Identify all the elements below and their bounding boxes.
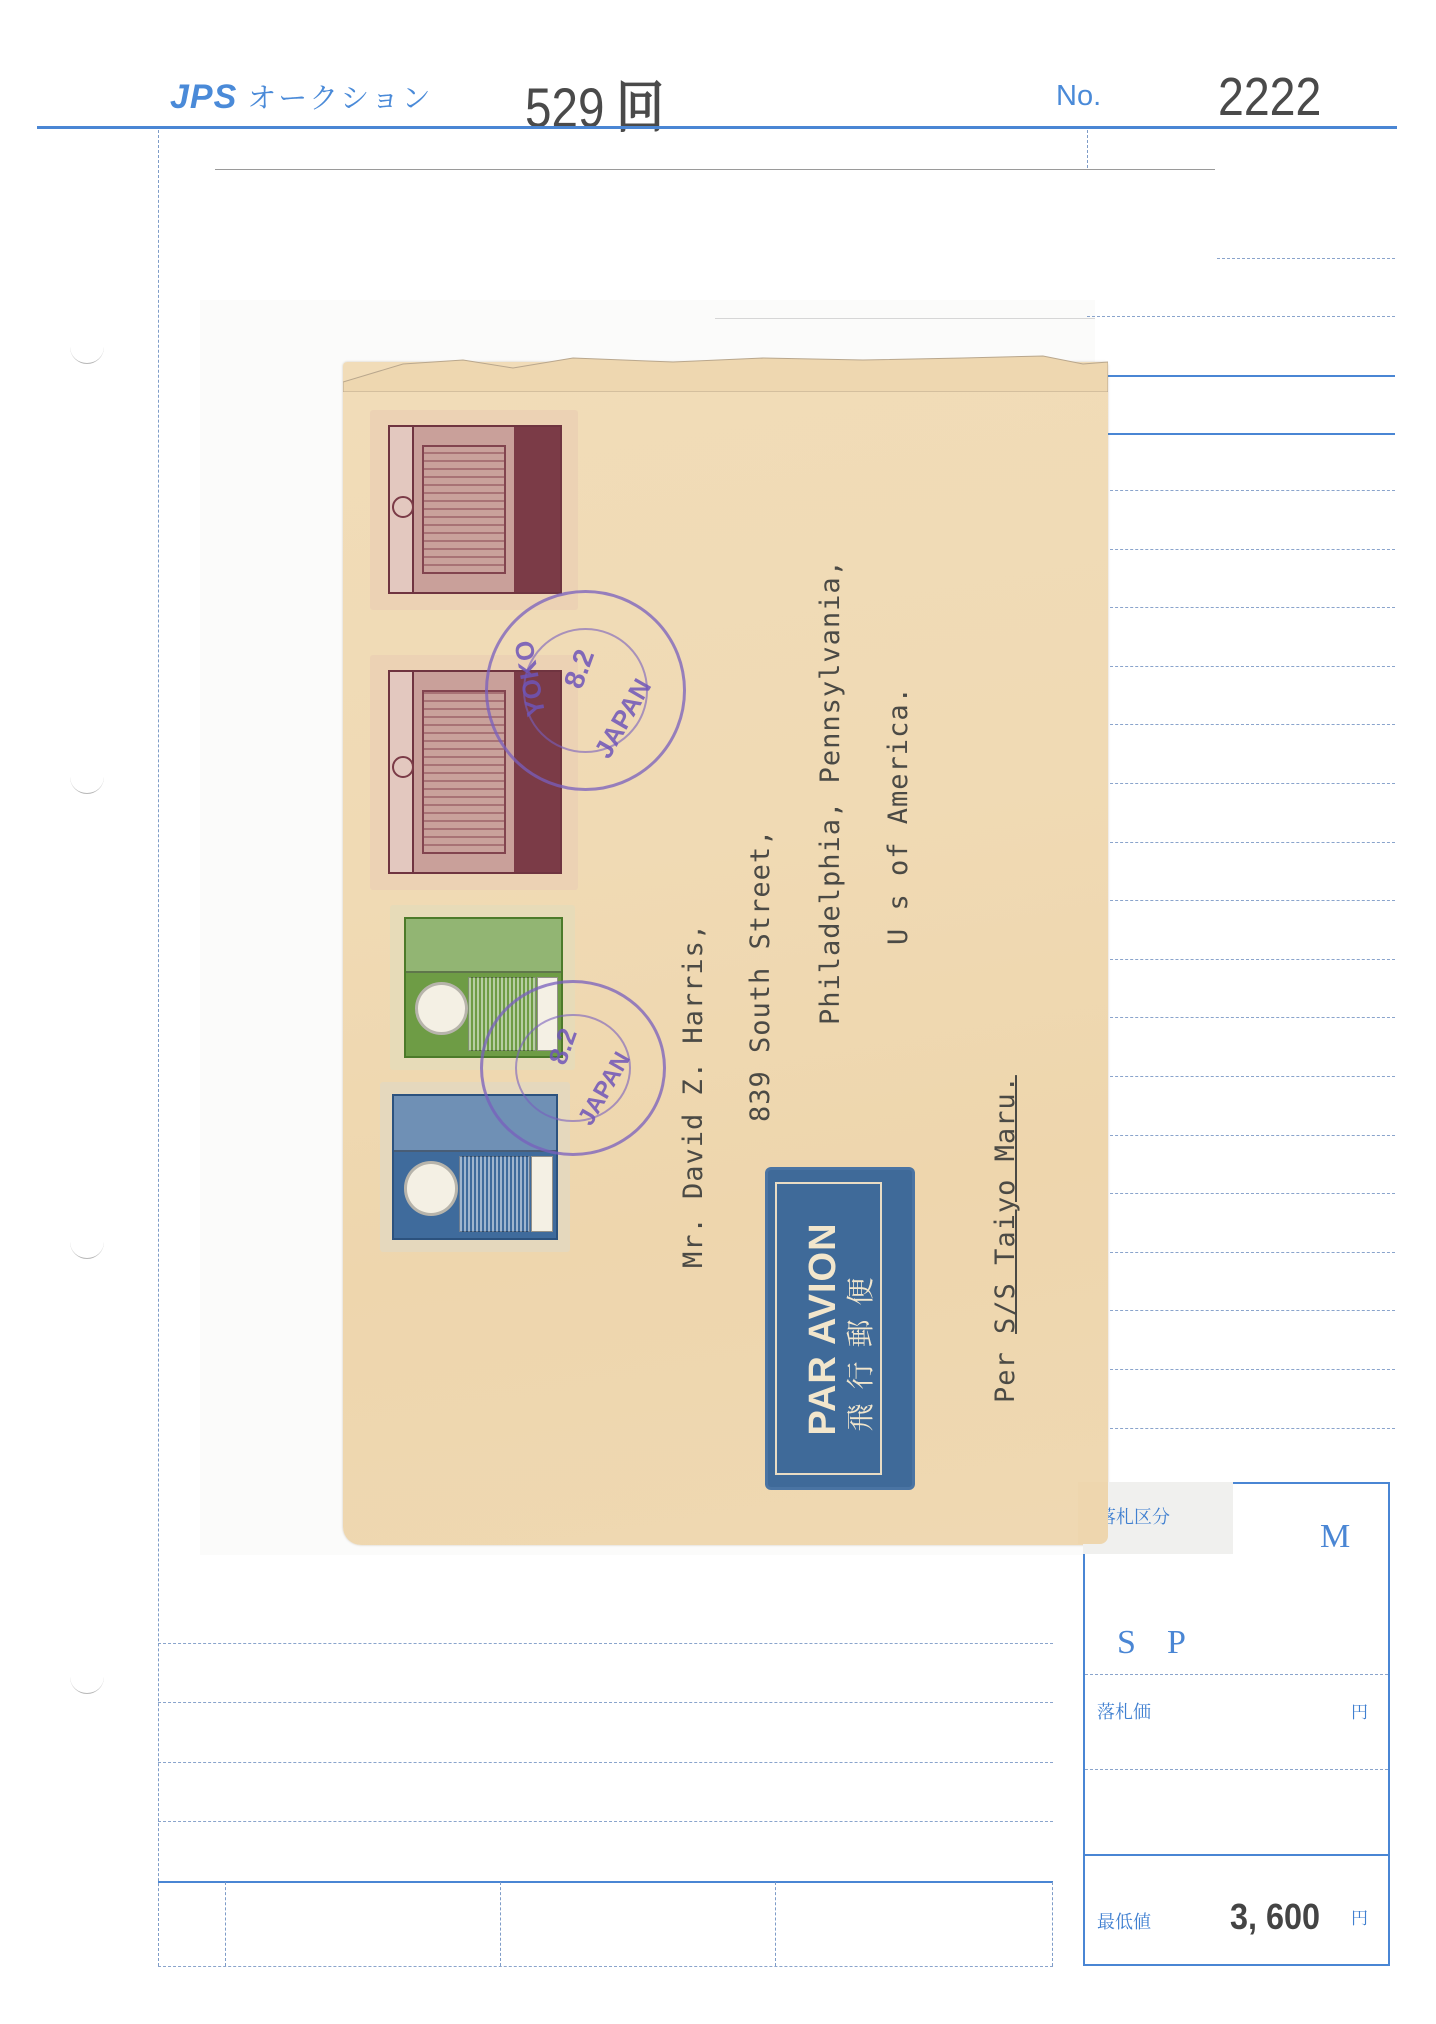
ruled-line — [1105, 1193, 1395, 1194]
column-divider — [1052, 1882, 1053, 1966]
ruled-line — [1105, 900, 1395, 901]
ruled-line — [1105, 1017, 1395, 1018]
sleeve-edge — [215, 169, 1215, 170]
ruled-line-solid — [158, 1881, 1053, 1883]
bid-form-panel: F M S P 落札価 円 最低値 3, 600 円 — [1083, 1482, 1390, 1966]
ruled-line — [158, 1762, 1053, 1763]
address-line-city: Philadelphia, Pennsylvania, — [815, 559, 846, 1025]
auction-round: 529回 — [525, 64, 664, 144]
routing-ship: S/S Taiyo Maru. — [990, 1075, 1021, 1334]
ruled-line — [1105, 959, 1395, 960]
ruled-line — [1105, 1076, 1395, 1077]
header-divider-rule — [1087, 130, 1088, 168]
ruled-line — [1105, 1310, 1395, 1311]
address-line-street: 839 South Street, — [745, 829, 776, 1122]
address-line-name: Mr. David Z. Harris, — [678, 923, 709, 1268]
winning-price-label: 落札価 — [1097, 1698, 1151, 1724]
airmail-text-jp: 飛行郵便 — [844, 1222, 878, 1431]
ruled-line — [1217, 258, 1395, 259]
auction-number: 529 — [525, 76, 604, 139]
ruled-line — [158, 1966, 1053, 1967]
punch-hole — [70, 1675, 104, 1694]
punch-hole — [70, 1240, 104, 1259]
ruled-line-solid — [1105, 375, 1395, 377]
ruled-line — [1105, 1135, 1395, 1136]
envelope-corner — [1078, 1482, 1108, 1544]
sleeve-edge — [715, 318, 1095, 319]
minimum-price-value: 3, 600 — [1230, 1896, 1320, 1938]
ruled-line — [1105, 666, 1395, 667]
lot-label: No. — [1056, 80, 1101, 113]
ruled-line — [1105, 490, 1395, 491]
postmark-upper: YOKO 8.2 JAPAN — [485, 590, 686, 791]
envelope-torn-edge — [343, 352, 1108, 392]
bid-category-label: 落札区分 — [1098, 1503, 1170, 1529]
address-line-country: U s of America. — [883, 686, 914, 945]
column-divider — [500, 1882, 501, 1966]
ruled-line — [1105, 783, 1395, 784]
ruled-line — [1105, 842, 1395, 843]
minimum-price-label: 最低値 — [1097, 1908, 1151, 1934]
auction-suffix: 回 — [616, 76, 664, 139]
ruled-line — [1105, 1252, 1395, 1253]
ruled-line — [1087, 316, 1395, 317]
column-divider — [775, 1882, 776, 1966]
ruled-line — [1105, 1428, 1395, 1429]
postmark-lower: 8.2 JAPAN — [480, 980, 666, 1156]
yen-unit: 円 — [1351, 1904, 1368, 1929]
header-rule — [37, 126, 1397, 129]
routing-prefix: Per — [990, 1351, 1021, 1403]
ruled-line — [1105, 607, 1395, 608]
ruled-line — [158, 1821, 1053, 1822]
brand-suffix: オークション — [247, 81, 432, 115]
ruled-line-solid — [1105, 433, 1395, 435]
brand-logo: JPS — [170, 78, 237, 116]
ruled-line — [1105, 549, 1395, 550]
ruled-line — [158, 1643, 1053, 1644]
yen-unit: 円 — [1351, 1698, 1368, 1723]
category-option-s[interactable]: S — [1117, 1624, 1136, 1662]
ruled-line — [1105, 724, 1395, 725]
lot-number: 2222 — [1218, 66, 1321, 128]
punch-hole — [70, 345, 104, 364]
category-option-p[interactable]: P — [1167, 1624, 1186, 1662]
airmail-label: PAR AVION 飛行郵便 — [768, 1170, 912, 1487]
ruled-line — [158, 1702, 1053, 1703]
auction-brand: JPSオークション — [170, 76, 433, 117]
airmail-text: PAR AVION — [802, 1222, 844, 1435]
stamp-brown-3sen — [370, 410, 578, 610]
punch-hole — [70, 775, 104, 794]
ruled-line — [1105, 1369, 1395, 1370]
routing-instruction: Per S/S Taiyo Maru. — [990, 1075, 1021, 1403]
category-option-m[interactable]: M — [1320, 1518, 1350, 1556]
column-divider — [225, 1882, 226, 1966]
left-margin-rule — [158, 130, 159, 1966]
